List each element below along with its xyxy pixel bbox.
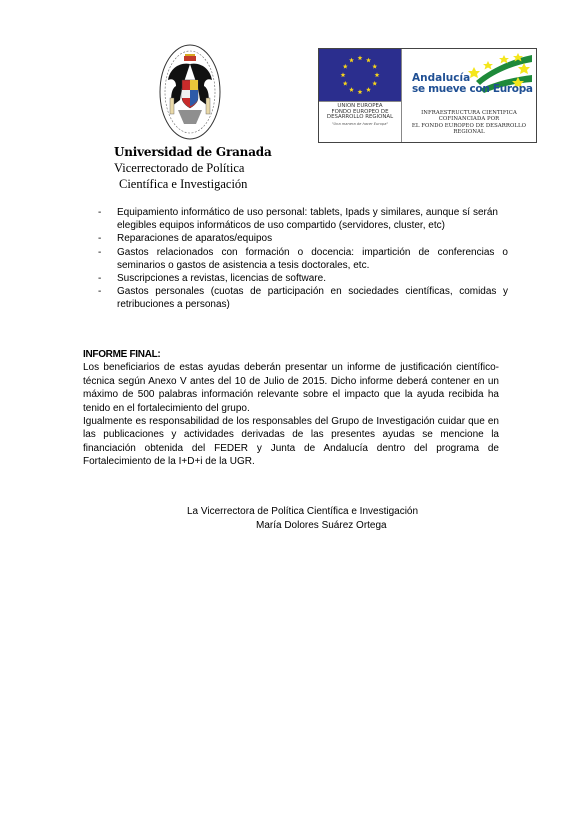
list-item: - Suscripciones a revistas, licencias de… <box>98 272 508 285</box>
list-item-text: Reparaciones de aparatos/equipos <box>117 232 508 245</box>
eu-motto: "Una manera de hacer Europa" <box>319 122 401 128</box>
signatory-title: La Vicerrectora de Política Científica e… <box>187 505 418 519</box>
vicerrectorado-line-2: Científica e Investigación <box>119 177 247 192</box>
infraestructura-caption: INFRAESTRUCTURA CIENTIFICA COFINANCIADA … <box>402 110 536 135</box>
andalucia-logo: Andalucía se mueve con Europa INFRAESTRU… <box>402 49 536 142</box>
list-item-text: Gastos personales (cuotas de participaci… <box>117 285 508 311</box>
list-item: - Gastos personales (cuotas de participa… <box>98 285 508 311</box>
eu-caption: UNION EUROPEA FONDO EUROPEO DE DESARROLL… <box>319 101 401 127</box>
list-item-text: Gastos relacionados con formación o doce… <box>117 246 508 272</box>
andalucia-title-line-2: se mueve con Europa <box>412 83 533 95</box>
eu-line-3: DESARROLLO REGIONAL <box>319 115 401 121</box>
infra-line-4: REGIONAL <box>402 129 536 135</box>
list-item: - Equipamiento informático de uso person… <box>98 206 508 232</box>
university-seal-icon <box>158 40 222 144</box>
list-item-text: Equipamiento informático de uso personal… <box>117 206 508 232</box>
section-heading: INFORME FINAL: <box>83 348 499 361</box>
eu-flag-icon <box>319 49 401 101</box>
bullet-dash: - <box>98 246 101 259</box>
feder-andalucia-logo: UNION EUROPEA FONDO EUROPEO DE DESARROLL… <box>318 48 537 143</box>
bullet-dash: - <box>98 272 101 285</box>
paragraph-1: Los beneficiarios de estas ayudas deberá… <box>83 361 499 415</box>
bullet-dash: - <box>98 232 101 245</box>
university-name: Universidad de Granada <box>114 145 272 159</box>
bullet-dash: - <box>98 206 101 219</box>
eu-logo: UNION EUROPEA FONDO EUROPEO DE DESARROLL… <box>319 49 402 142</box>
list-item-text: Suscripciones a revistas, licencias de s… <box>117 272 508 285</box>
infra-line-3: EL FONDO EUROPEO DE DESARROLLO <box>402 123 536 129</box>
list-item: - Gastos relacionados con formación o do… <box>98 246 508 272</box>
vicerrectorado-line-1: Vicerrectorado de Política <box>114 161 244 176</box>
signatory-name: María Dolores Suárez Ortega <box>256 519 387 533</box>
bullet-dash: - <box>98 285 101 298</box>
paragraph-2: Igualmente es responsabilidad de los res… <box>83 415 499 469</box>
excluded-expenses-list: - Equipamiento informático de uso person… <box>98 206 508 312</box>
informe-final-section: INFORME FINAL: Los beneficiarios de esta… <box>83 348 499 469</box>
list-item: - Reparaciones de aparatos/equipos <box>98 232 508 245</box>
